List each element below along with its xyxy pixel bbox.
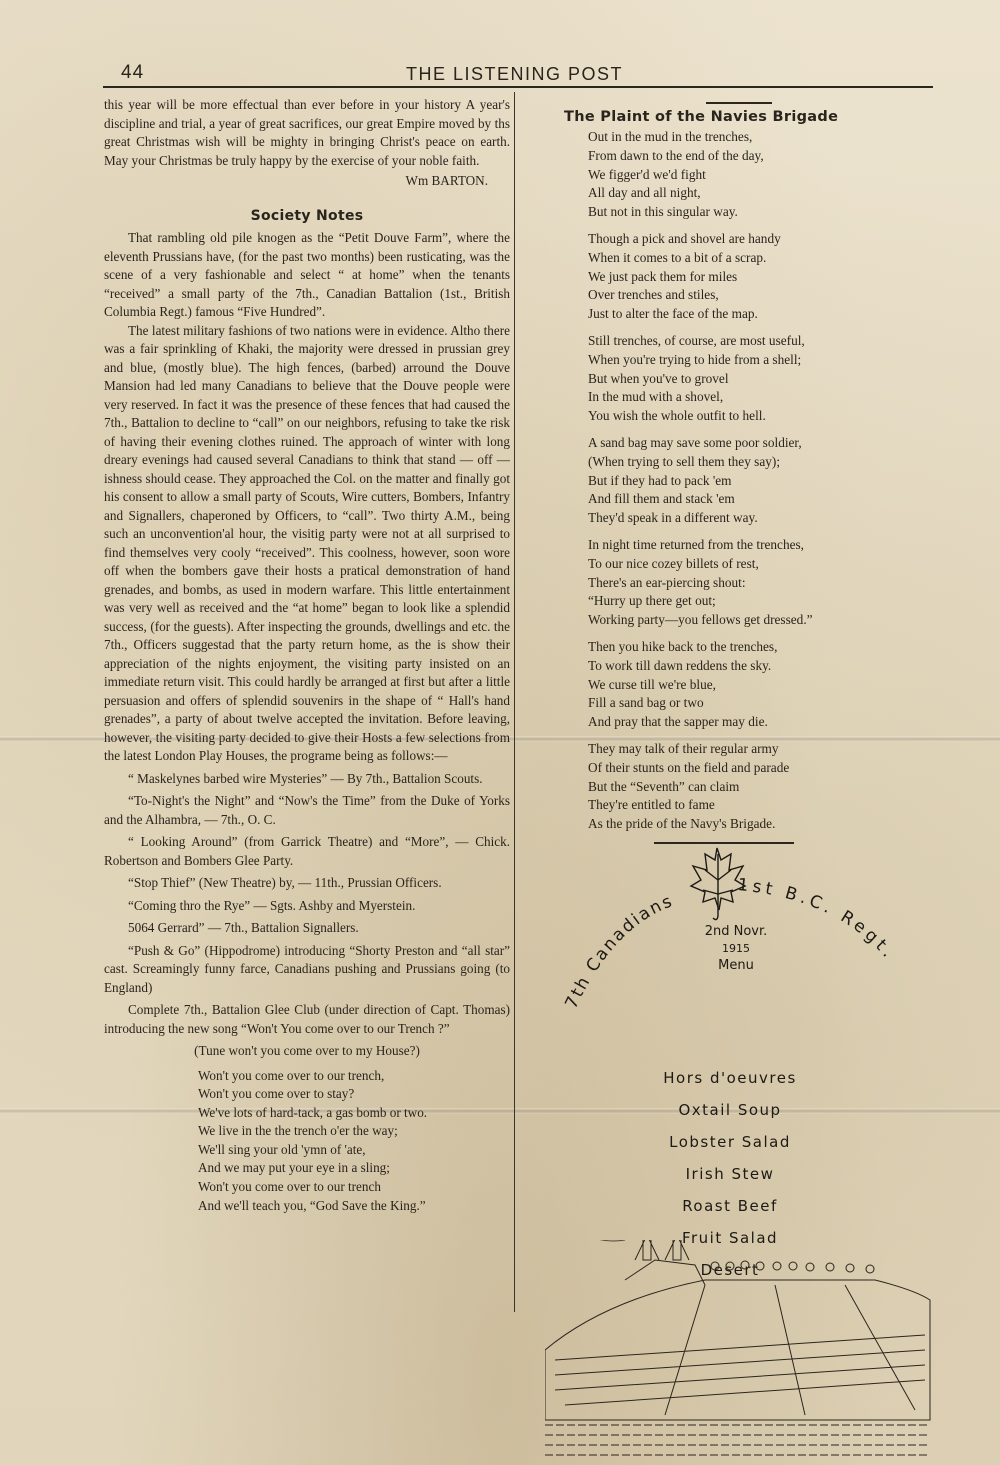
menu-date: 2nd Novr.: [691, 924, 781, 939]
song-line: Won't you come over to our trench,: [198, 1067, 510, 1086]
poem-line: Out in the mud in the trenches,: [588, 128, 932, 147]
program-item: 5064 Gerrard” — 7th., Battalion Signalle…: [104, 919, 510, 938]
poem-line: (When trying to sell them they say);: [588, 453, 932, 472]
song-lyrics: Won't you come over to our trench, Won't…: [198, 1067, 510, 1216]
poem-stanza: A sand bag may save some poor soldier,(W…: [588, 434, 932, 528]
song-line: We'll sing your old 'ymn of 'ate,: [198, 1141, 510, 1160]
poem-line: You wish the whole outfit to hell.: [588, 407, 932, 426]
poem-line: But when you've to grovel: [588, 370, 932, 389]
poem-line: We curse till we're blue,: [588, 676, 932, 695]
song-line: And we may put your eye in a sling;: [198, 1159, 510, 1178]
program-item: “Coming thro the Rye” — Sgts. Ashby and …: [104, 897, 510, 916]
program-item: Complete 7th., Battalion Glee Club (unde…: [104, 1001, 510, 1038]
menu-item: Oxtail Soup: [605, 1094, 855, 1126]
program-item: “Push & Go” (Hippodrome) introducing “Sh…: [104, 942, 510, 998]
poem-line: And fill them and stack 'em: [588, 490, 932, 509]
program-item: “Stop Thief” (New Theatre) by, — 11th., …: [104, 874, 510, 893]
menu-item: Lobster Salad: [605, 1126, 855, 1158]
poem-line: All day and all night,: [588, 184, 932, 203]
svg-text:7th Canadians: 7th Canadians: [561, 891, 676, 1010]
section-title-society-notes: Society Notes: [104, 207, 510, 226]
page-header: 44 THE LISTENING POST: [103, 62, 933, 88]
poem-line: Then you hike back to the trenches,: [588, 638, 932, 657]
poem-line: Fill a sand bag or two: [588, 694, 932, 713]
poem-line: But if they had to pack 'em: [588, 472, 932, 491]
poem-line: Of their stunts on the field and parade: [588, 759, 932, 778]
menu-card: 7th Canadians 1st B.C. Regt. 2nd Novr. 1…: [545, 840, 935, 1460]
poem-line: But the “Seventh” can claim: [588, 778, 932, 797]
landscape-sketch-icon: [545, 1240, 935, 1460]
poem-line: They'd speak in a different way.: [588, 509, 932, 528]
song-tune-note: (Tune won't you come over to my House?): [104, 1042, 510, 1061]
page-number: 44: [121, 62, 144, 84]
poem-line: There's an ear-piercing shout:: [588, 574, 932, 593]
poem-line: Working party—you fellows get dressed.”: [588, 611, 932, 630]
menu-heading: Menu: [691, 958, 781, 973]
christmas-message: this year will be more effectual than ev…: [104, 96, 510, 170]
poem-line: They're entitled to fame: [588, 796, 932, 815]
poem-line: From dawn to the end of the day,: [588, 147, 932, 166]
maple-leaf-icon: [691, 848, 745, 920]
poem-line: They may talk of their regular army: [588, 740, 932, 759]
song-line: And we'll teach you, “God Save the King.…: [198, 1197, 510, 1216]
poem-line: A sand bag may save some poor soldier,: [588, 434, 932, 453]
poem-body: Out in the mud in the trenches,From dawn…: [562, 128, 932, 834]
poem-line: Still trenches, of course, are most usef…: [588, 332, 932, 351]
poem-line: When you're trying to hide from a shell;: [588, 351, 932, 370]
program-item: “ Looking Around” (from Garrick Theatre)…: [104, 833, 510, 870]
publication-title: THE LISTENING POST: [406, 64, 623, 85]
poem-title: The Plaint of the Navies Brigade: [564, 109, 932, 125]
article-paragraph: That rambling old pile knogen as the “Pe…: [104, 229, 510, 322]
signature: Wm BARTON.: [104, 172, 488, 191]
poem-line: In night time returned from the trenches…: [588, 536, 932, 555]
menu-arc-left: 7th Canadians: [561, 891, 676, 1010]
poem-line: Though a pick and shovel are handy: [588, 230, 932, 249]
poem-line: In the mud with a shovel,: [588, 388, 932, 407]
poem-line: To work till dawn reddens the sky.: [588, 657, 932, 676]
poem-line: And pray that the sapper may die.: [588, 713, 932, 732]
menu-item: Hors d'oeuvres: [605, 1062, 855, 1094]
left-column: this year will be more effectual than ev…: [104, 96, 510, 1215]
right-column: The Plaint of the Navies Brigade Out in …: [562, 102, 932, 844]
poem-line: “Hurry up there get out;: [588, 592, 932, 611]
poem-stanza: In night time returned from the trenches…: [588, 536, 932, 630]
article-paragraph: The latest military fashions of two nati…: [104, 322, 510, 766]
poem-line: When it comes to a bit of a scrap.: [588, 249, 932, 268]
poem-line: Just to alter the face of the map.: [588, 305, 932, 324]
poem-stanza: Still trenches, of course, are most usef…: [588, 332, 932, 426]
song-line: We live in the the trench o'er the way;: [198, 1122, 510, 1141]
poem-line: Over trenches and stiles,: [588, 286, 932, 305]
poem-stanza: Out in the mud in the trenches,From dawn…: [588, 128, 932, 222]
column-divider: [514, 92, 515, 1312]
poem-stanza: Then you hike back to the trenches,To wo…: [588, 638, 932, 732]
poem-line: We just pack them for miles: [588, 268, 932, 287]
menu-year: 1915: [691, 942, 781, 955]
title-rule: [706, 102, 772, 104]
song-line: Won't you come over to stay?: [198, 1085, 510, 1104]
song-line: We've lots of hard-tack, a gas bomb or t…: [198, 1104, 510, 1123]
poem-line: But not in this singular way.: [588, 203, 932, 222]
poem-line: We figger'd we'd fight: [588, 166, 932, 185]
poem-stanza: Though a pick and shovel are handyWhen i…: [588, 230, 932, 324]
menu-item: Irish Stew: [605, 1158, 855, 1190]
program-item: “ Maskelynes barbed wire Mysteries” — By…: [104, 770, 510, 789]
program-item: “To-Night's the Night” and “Now's the Ti…: [104, 792, 510, 829]
poem-line: As the pride of the Navy's Brigade.: [588, 815, 932, 834]
menu-item: Roast Beef: [605, 1190, 855, 1222]
poem-line: To our nice cozey billets of rest,: [588, 555, 932, 574]
song-line: Won't you come over to our trench: [198, 1178, 510, 1197]
poem-stanza: They may talk of their regular armyOf th…: [588, 740, 932, 834]
